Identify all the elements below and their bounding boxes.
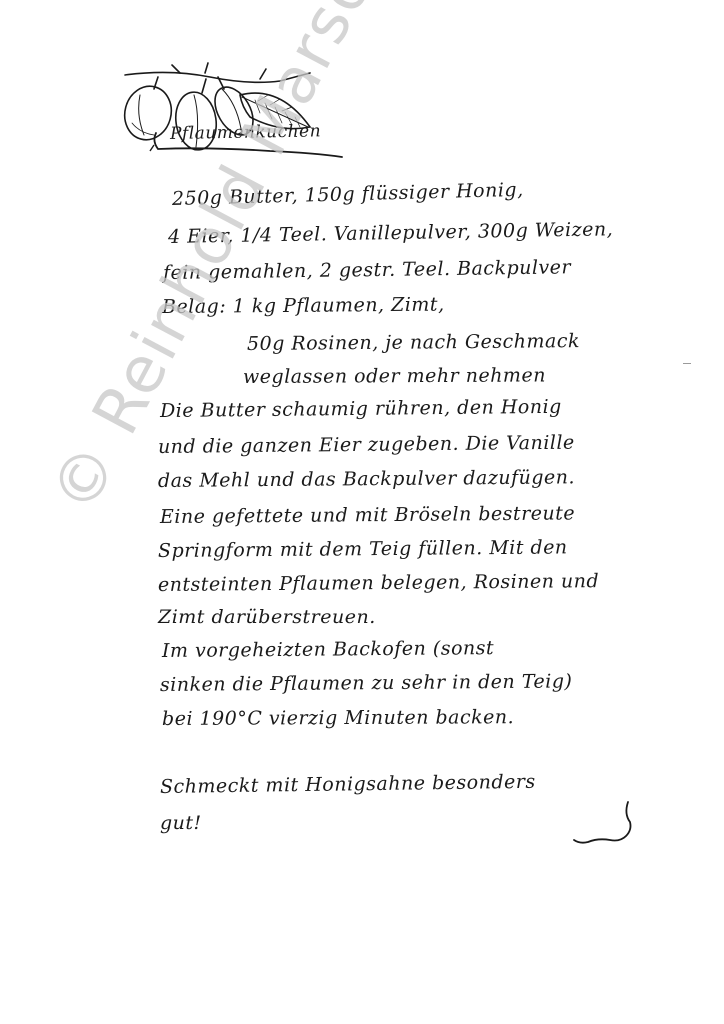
closing-line: gut! <box>160 812 202 834</box>
ingredient-line: weglassen oder mehr nehmen <box>243 364 546 388</box>
instruction-line: bei 190°C vierzig Minuten backen. <box>162 706 514 730</box>
plum-branch-illustration <box>110 55 350 165</box>
instruction-line: Springform mit dem Teig füllen. Mit den <box>158 536 568 562</box>
closing-line: Schmeckt mit Honigsahne besonders <box>160 771 536 798</box>
scan-mark <box>683 363 691 364</box>
recipe-page: Pflaumenkuchen 250g Butter, 150g flüssig… <box>0 0 724 1024</box>
ingredient-line: 50g Rosinen, je nach Geschmack <box>247 330 580 355</box>
instruction-line: Eine gefettete und mit Bröseln bestreute <box>160 502 575 528</box>
instruction-line: entsteinten Pflaumen belegen, Rosinen un… <box>158 570 599 596</box>
ingredient-line: 4 Eier, 1/4 Teel. Vanillepulver, 300g We… <box>168 218 614 248</box>
end-flourish <box>570 800 640 850</box>
ingredient-line: Belag: 1 kg Pflaumen, Zimt, <box>162 294 445 318</box>
instruction-line: Im vorgeheizten Backofen (sonst <box>162 637 494 662</box>
instruction-line: das Mehl und das Backpulver dazufügen. <box>158 466 575 492</box>
instruction-line: Zimt darüberstreuen. <box>158 606 376 628</box>
ingredient-line: 250g Butter, 150g flüssiger Honig, <box>172 179 524 210</box>
ingredient-line: fein gemahlen, 2 gestr. Teel. Backpulver <box>163 256 571 284</box>
instruction-line: sinken die Pflaumen zu sehr in den Teig) <box>160 670 573 696</box>
recipe-title: Pflaumenkuchen <box>170 121 321 144</box>
instruction-line: und die ganzen Eier zugeben. Die Vanille <box>158 432 575 458</box>
instruction-line: Die Butter schaumig rühren, den Honig <box>160 396 562 422</box>
